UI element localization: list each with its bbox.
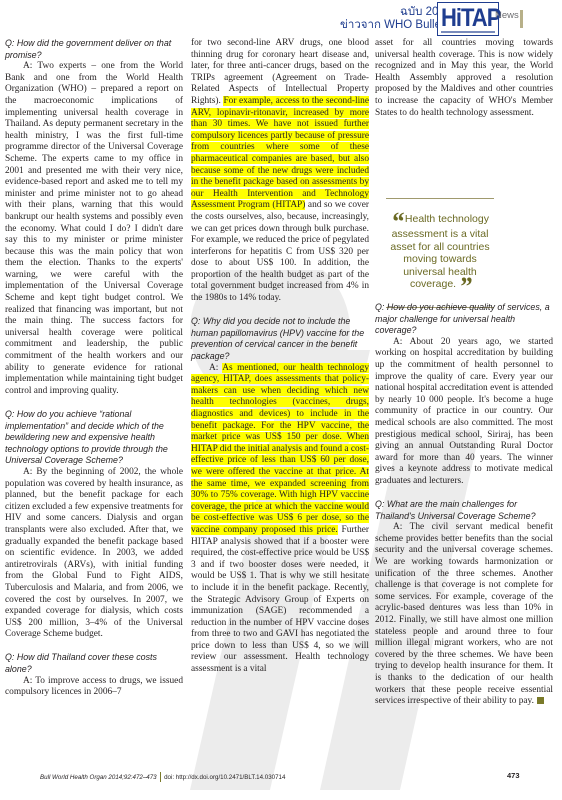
logo-subtitle-line	[441, 31, 495, 33]
answer-6: A: The civil servant medical benefit sch…	[375, 522, 553, 708]
pull-quote-text: Health technology assessment is a vital …	[390, 213, 489, 290]
answer-prefix: A:	[209, 363, 222, 373]
paragraph-continued: asset for all countries moving towards u…	[375, 38, 553, 119]
answer-4: A: As mentioned, our health technology a…	[191, 363, 369, 676]
column-3: asset for all countries moving towards u…	[375, 38, 553, 119]
issue-label: ฉบับ 2014	[400, 6, 434, 19]
text-plain: Further HITAP analysis showed that if a …	[191, 525, 369, 674]
close-quote-icon: ”	[459, 281, 470, 293]
section-label: News	[495, 10, 519, 21]
column-1: Q: How did the government deliver on tha…	[5, 38, 183, 699]
question-5: Q: How do you achieve quality of service…	[375, 302, 553, 337]
answer-3: A: To improve access to drugs, we issued…	[5, 676, 183, 699]
footer: Bull World Health Organ 2014;92:472–473d…	[40, 772, 285, 782]
footer-separator	[160, 772, 162, 782]
end-of-article-icon	[537, 697, 544, 704]
citation: Bull World Health Organ 2014;92:472–473	[40, 774, 157, 781]
doi-link[interactable]: doi: http://dx.doi.org/10.2471/BLT.14.03…	[164, 774, 285, 781]
logo-text: HiTAP	[441, 4, 500, 32]
pull-quote: “ Health technology assessment is a vita…	[386, 198, 494, 308]
answer-5: A: About 20 years ago, we started workin…	[375, 337, 553, 488]
highlighted-text: For example, access to the second-line A…	[191, 96, 369, 210]
question-6: Q: What are the main challenges for Thai…	[375, 499, 553, 522]
section-bar	[520, 10, 523, 28]
question-4: Q: Why did you decide not to include the…	[191, 316, 369, 362]
source-label: ข่าวจาก WHO Bulletin	[340, 19, 434, 32]
hitap-logo: HiTAP	[437, 2, 499, 36]
answer-2: A: By the beginning of 2002, the whole p…	[5, 467, 183, 641]
highlighted-text: As mentioned, our health technology agen…	[191, 363, 369, 535]
column-3-lower: Q: How do you achieve quality of service…	[375, 302, 553, 708]
answer-6-text: A: The civil servant medical benefit sch…	[375, 522, 553, 706]
open-quote-icon: “	[391, 216, 402, 228]
paragraph-compulsory-licences: for two second-line ARV drugs, one blood…	[191, 38, 369, 305]
answer-1: A: Two experts – one from the World Bank…	[5, 61, 183, 397]
question-1: Q: How did the government deliver on tha…	[5, 38, 183, 61]
page-number: 473	[507, 771, 520, 780]
column-2: for two second-line ARV drugs, one blood…	[191, 38, 369, 676]
text-plain: and so we cover the costs ourselves, als…	[191, 200, 369, 303]
question-3: Q: How did Thailand cover these costs al…	[5, 652, 183, 675]
issue-header: ฉบับ 2014 ข่าวจาก WHO Bulletin	[400, 6, 434, 32]
question-2: Q: How do you achieve “rational implemen…	[5, 409, 183, 467]
